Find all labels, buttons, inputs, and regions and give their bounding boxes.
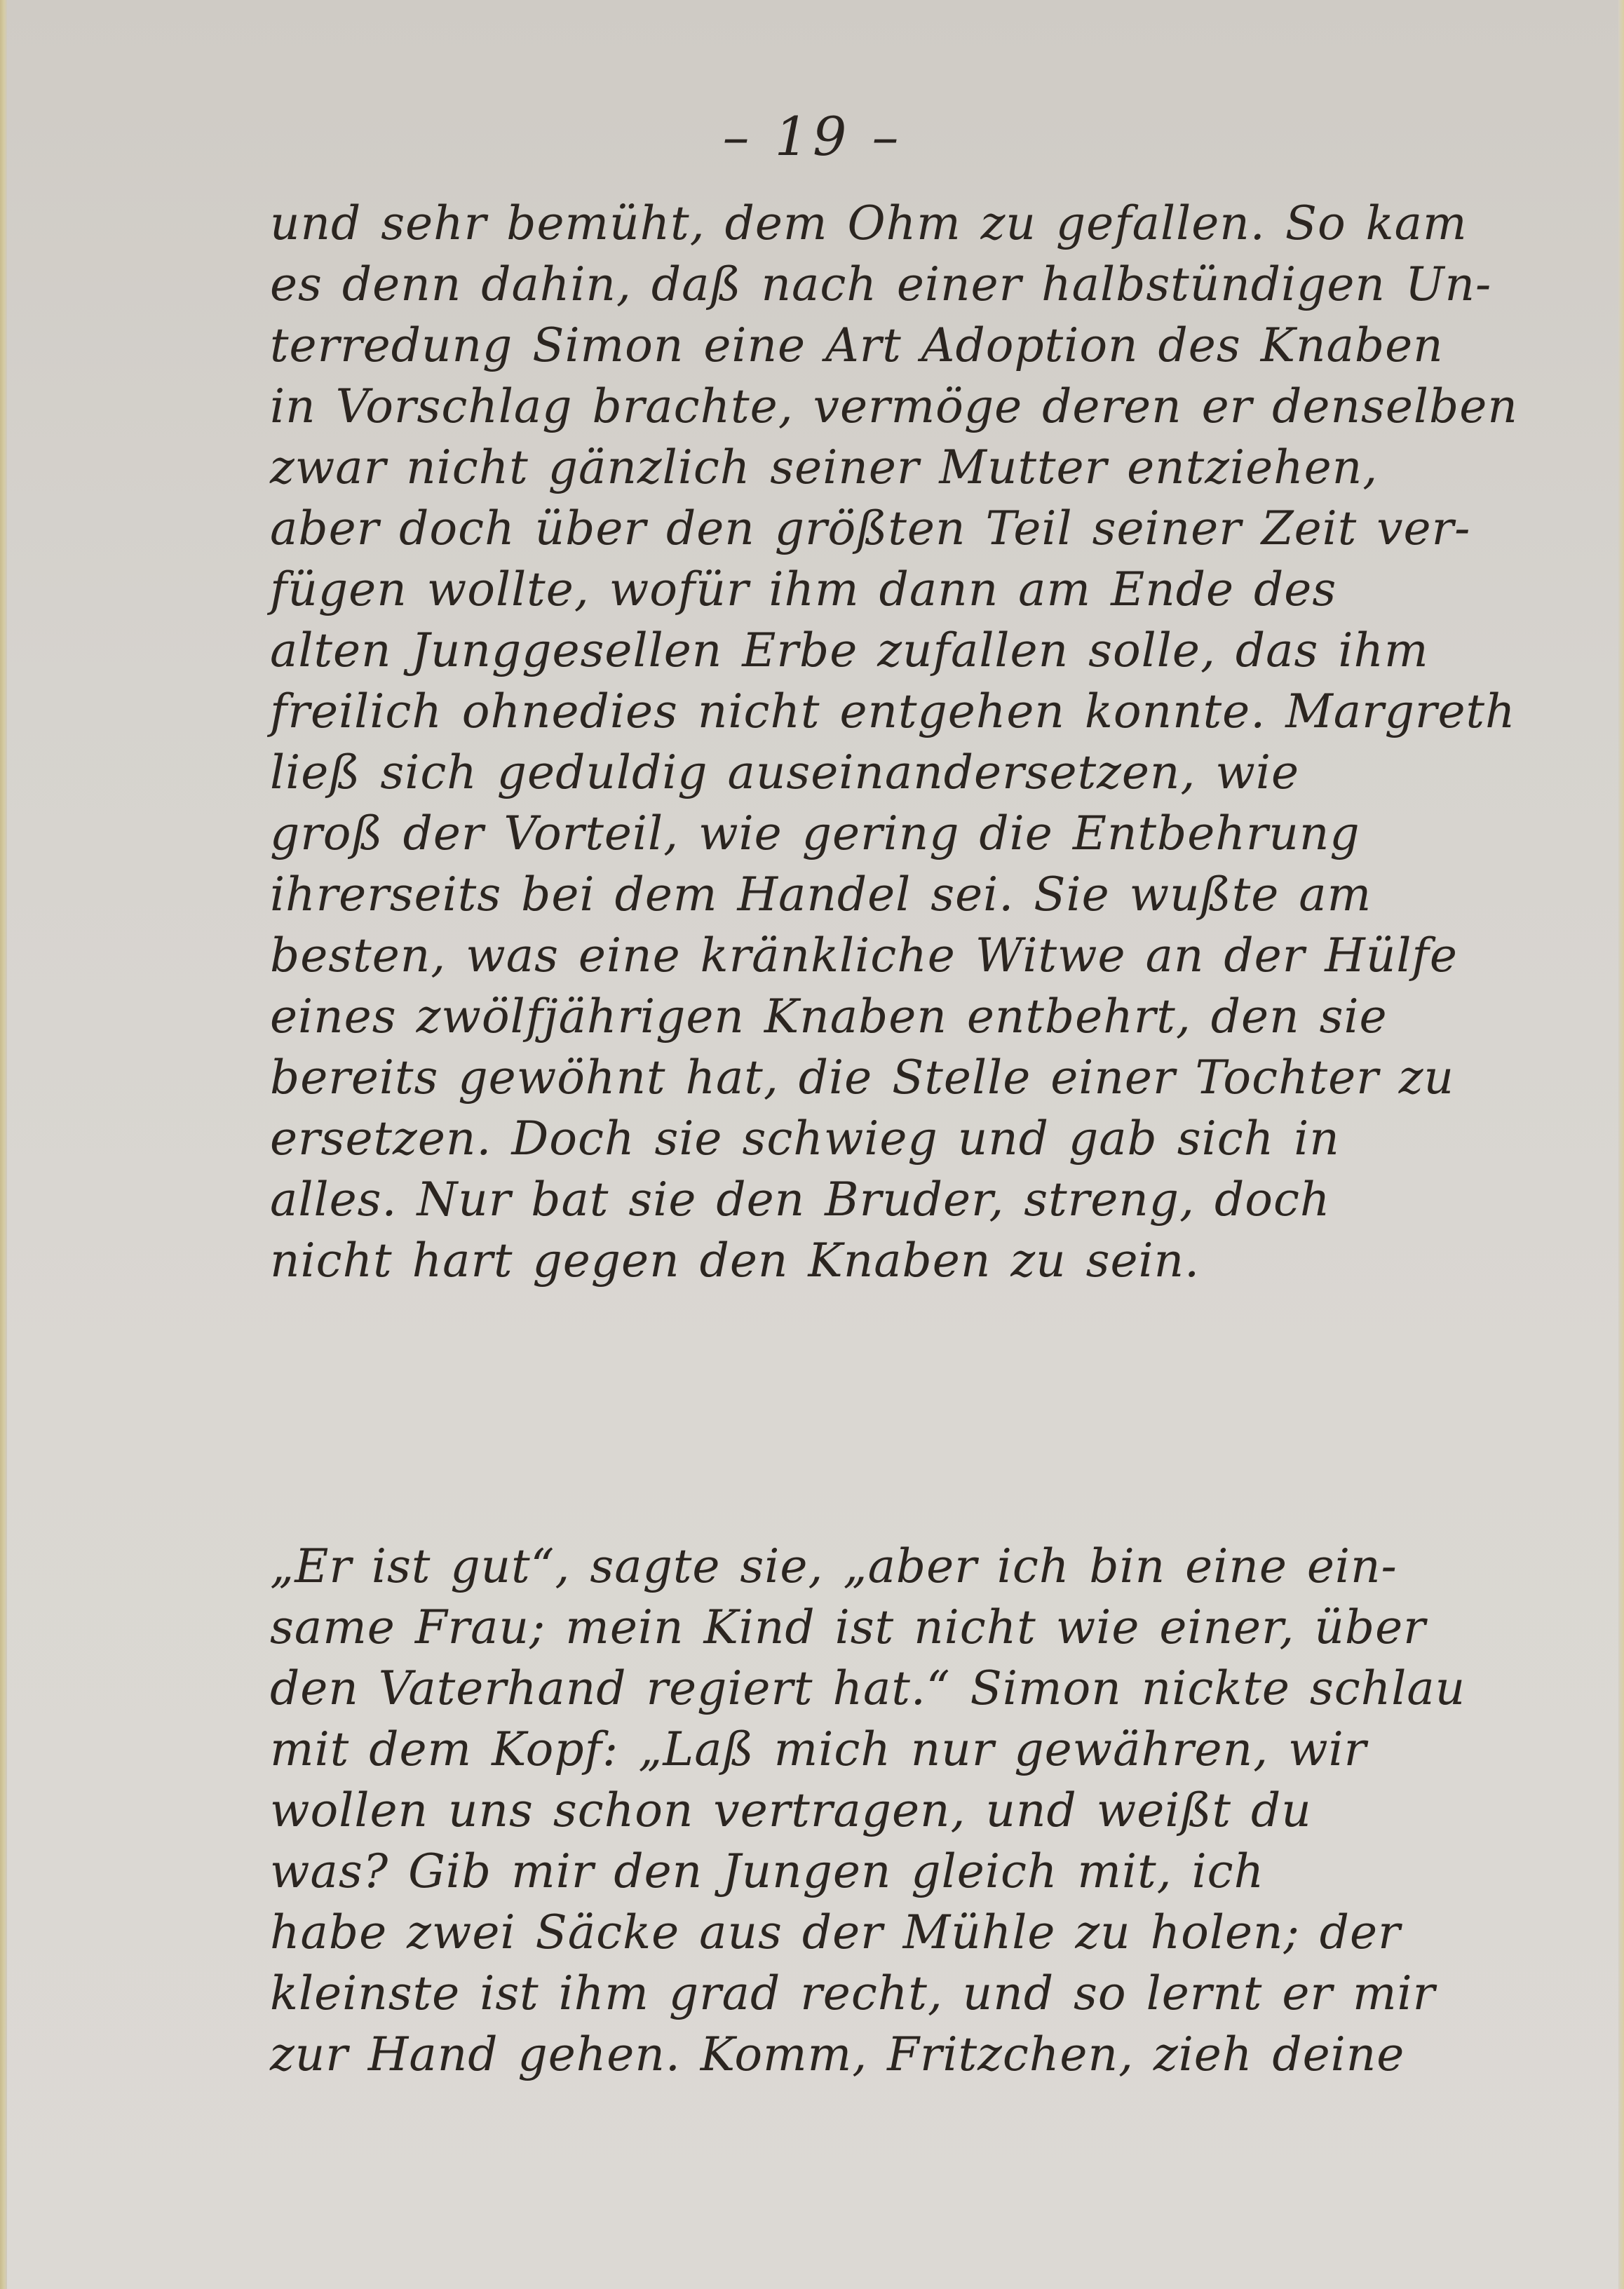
text-line: terredung Simon eine Art Adoption des Kn…: [270, 315, 1427, 376]
manuscript-page: – 19 – und sehr bemüht, dem Ohm zu gefal…: [7, 0, 1618, 2289]
text-line: zur Hand gehen. Komm, Fritzchen, zieh de…: [270, 2024, 1427, 2085]
text-line: bereits gewöhnt hat, die Stelle einer To…: [270, 1047, 1427, 1108]
text-line: eines zwölfjährigen Knaben entbehrt, den…: [270, 986, 1427, 1047]
text-line: alles. Nur bat sie den Bruder, streng, d…: [270, 1169, 1427, 1230]
text-line: aber doch über den größten Teil seiner Z…: [270, 498, 1427, 559]
page-number: – 19 –: [7, 105, 1618, 168]
text-line: was? Gib mir den Jungen gleich mit, ich: [270, 1841, 1427, 1902]
paragraph-2: „Er ist gut“, sagte sie, „aber ich bin e…: [270, 1536, 1427, 2085]
text-line: fügen wollte, wofür ihm dann am Ende des: [270, 559, 1427, 620]
text-line: nicht hart gegen den Knaben zu sein.: [270, 1230, 1427, 1291]
text-line: ihrerseits bei dem Handel sei. Sie wußte…: [270, 864, 1427, 925]
paper-edge-left: [0, 0, 7, 2289]
text-line: freilich ohnedies nicht entgehen konnte.…: [270, 681, 1427, 742]
text-line: zwar nicht gänzlich seiner Mutter entzie…: [270, 437, 1427, 498]
text-line: es denn dahin, daß nach einer halbstündi…: [270, 254, 1427, 315]
text-line: in Vorschlag brachte, vermöge deren er d…: [270, 376, 1427, 437]
text-line: same Frau; mein Kind ist nicht wie einer…: [270, 1597, 1427, 1658]
text-line: „Er ist gut“, sagte sie, „aber ich bin e…: [270, 1536, 1427, 1597]
text-line: wollen uns schon vertragen, und weißt du: [270, 1780, 1427, 1841]
text-line: den Vaterhand regiert hat.“ Simon nickte…: [270, 1658, 1427, 1719]
paragraph-1: und sehr bemüht, dem Ohm zu gefallen. So…: [270, 193, 1427, 1291]
text-line: ersetzen. Doch sie schwieg und gab sich …: [270, 1108, 1427, 1169]
text-line: habe zwei Säcke aus der Mühle zu holen; …: [270, 1902, 1427, 1963]
paper-edge-right: [1618, 0, 1624, 2289]
text-line: mit dem Kopf: „Laß mich nur gewähren, wi…: [270, 1719, 1427, 1780]
text-line: besten, was eine kränkliche Witwe an der…: [270, 925, 1427, 986]
text-line: kleinste ist ihm grad recht, und so lern…: [270, 1963, 1427, 2024]
text-line: ließ sich geduldig auseinandersetzen, wi…: [270, 742, 1427, 803]
text-line: und sehr bemüht, dem Ohm zu gefallen. So…: [270, 193, 1427, 254]
text-line: groß der Vorteil, wie gering die Entbehr…: [270, 803, 1427, 864]
text-line: alten Junggesellen Erbe zufallen solle, …: [270, 620, 1427, 681]
